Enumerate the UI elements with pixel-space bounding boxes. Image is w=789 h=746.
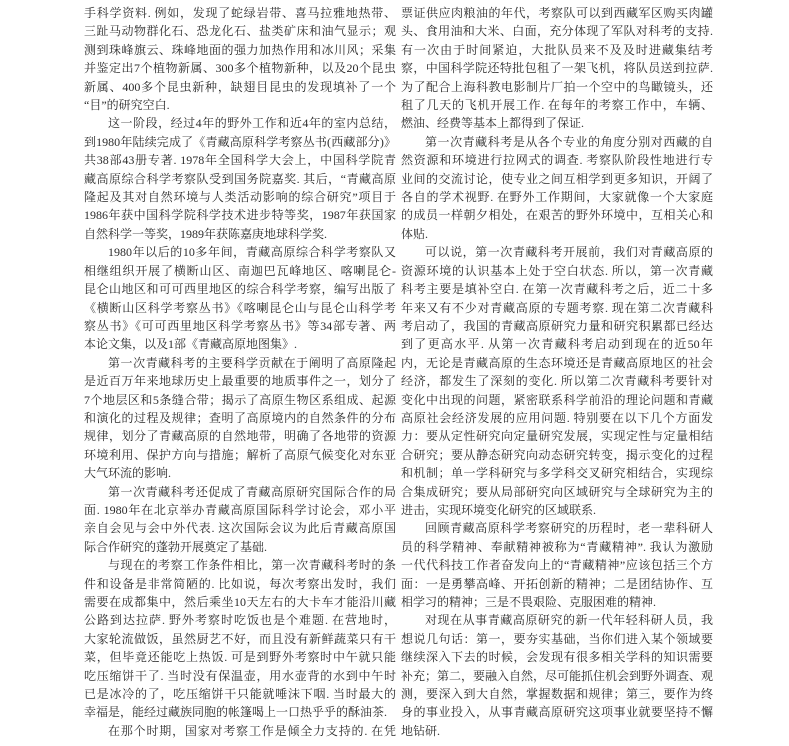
text-line: 租了几天的飞机开展工作. 在每年的考察工作中，车辆、 — [401, 96, 713, 114]
text-line: 件和设备是非常简陋的. 比如说，每次考察出发时，我们 — [84, 575, 396, 593]
text-line: 际合作研究的蓬勃开展奠定了基础. — [84, 538, 396, 556]
text-line: 测，要深入到大自然，掌握数据和规律；第三，要作为终 — [401, 685, 713, 703]
text-line: 的成员一样朝夕相处，在艰苦的野外环境中，互相关心和 — [401, 206, 713, 224]
text-line: 相继组织开展了横断山区、南迦巴瓦峰地区、喀喇昆仑- — [84, 262, 396, 280]
text-line: 面. 1980年在北京举办青藏高原国际科学讨论会，邓小平 — [84, 501, 396, 519]
text-line: 体贴. — [401, 225, 713, 243]
text-line: 高原社会经济发展的应用问题. 特别要在以下几个方面发 — [401, 409, 713, 427]
text-line: 菜，但毕竟还能吃上热饭. 可是到野外考察时中午就只能 — [84, 648, 396, 666]
text-line: 藏高原综合科学考察队受到国务院嘉奖. 其后，“青藏高原 — [84, 170, 396, 188]
text-line: 测到珠峰旗云、珠峰地面的强力加热作用和冰川风；采集 — [84, 41, 396, 59]
text-line: 并鉴定出7个植物新属、300多个植物新种，以及20个昆虫 — [84, 59, 396, 77]
text-line: 是近百万年来地球历史上最重要的地质事件之一，划分了 — [84, 372, 396, 390]
text-line: 1980年以后的10多年间，青藏高原综合科学考察队又 — [84, 243, 396, 261]
text-line: 隆起及其对自然环境与人类活动影响的综合研究”项目于 — [84, 188, 396, 206]
text-line: 业间的交流讨论，使专业之间互相学到更多知识，开阔了 — [401, 170, 713, 188]
text-line: 对现在从事青藏高原研究的新一代年轻科研人员，我 — [401, 611, 713, 629]
text-line: 经济，都发生了深刻的变化. 所以第二次青藏科考要针对 — [401, 372, 713, 390]
text-line: 《横断山区科学考察丛书》《喀喇昆仑山与昆仑山科学考 — [84, 299, 396, 317]
text-line: 第一次青藏科考是从各个专业的角度分别对西藏的自 — [401, 133, 713, 151]
text-line: 内，无论是青藏高原的生态环境还是青藏高原地区的社会 — [401, 354, 713, 372]
text-line: 考启动了，我国的青藏高原研究力量和研究积累都已经达 — [401, 317, 713, 335]
text-line: 自然科学一等奖，1989年获陈嘉庚地球科学奖. — [84, 225, 396, 243]
text-line: 吃压缩饼干了. 当时没有保温壶，用水壶背的水到中午时 — [84, 667, 396, 685]
text-line: 燃油、经费等基本上都得到了保证. — [401, 114, 713, 132]
text-line: 一代代科技工作者奋发向上的“青藏精神”应该包括三个方 — [401, 556, 713, 574]
text-line: 变化中出现的问题，紧密联系科学前沿的理论问题和青藏 — [401, 391, 713, 409]
document-page: 手科学资料. 例如，发现了蛇绿岩带、喜马拉雅地热带、三趾马动物群化石、恐龙化石、… — [0, 0, 789, 746]
text-line: 回顾青藏高原科学考察研究的历程时，老一辈科研人 — [401, 519, 713, 537]
text-line: 第一次青藏科考还促成了青藏高原研究国际合作的局 — [84, 483, 396, 501]
text-line: 7个地层区和5条缝合带；揭示了高原生物区系组成、起源 — [84, 391, 396, 409]
text-line: 察，中国科学院还特批包租了一架飞机，将队员送到拉萨. — [401, 59, 713, 77]
text-line: 亲自会见与会中外代表. 这次国际会议为此后青藏高原国 — [84, 519, 396, 537]
text-line: 到了更高水平. 从第一次青藏科考启动到现在的近50年 — [401, 335, 713, 353]
text-line: 有一次由于时间紧迫，大批队员来不及及时进藏集结考 — [401, 41, 713, 59]
text-line: 大气环流的影响. — [84, 464, 396, 482]
text-line: 和演化的过程及规律；查明了高原境内的自然条件的分布 — [84, 409, 396, 427]
text-line: 在那个时期，国家对考察工作是倾全力支持的. 在凭 — [84, 722, 396, 740]
text-line: 然资源和环境进行拉网式的调查. 考察队阶段性地进行专 — [401, 151, 713, 169]
text-line: 进击，实现环境变化研究的区域联系. — [401, 501, 713, 519]
text-line: 各自的学术视野. 在野外工作期间，大家就像一个大家庭 — [401, 188, 713, 206]
text-line: 大家轮流做饭，虽然厨艺不好，而且没有新鲜蔬菜只有干 — [84, 630, 396, 648]
text-column-left: 手科学资料. 例如，发现了蛇绿岩带、喜马拉雅地热带、三趾马动物群化石、恐龙化石、… — [84, 4, 396, 740]
text-line: 到1980年陆续完成了《青藏高原科学考察丛书(西藏部分)》 — [84, 133, 396, 151]
text-line: 员的科学精神、奉献精神被称为“青藏精神”. 我认为激励 — [401, 538, 713, 556]
text-line: 力：要从定性研究向定量研究发展，实现定性与定量相结 — [401, 427, 713, 445]
text-line: 资源环境的认识基本上处于空白状态. 所以，第一次青藏 — [401, 262, 713, 280]
text-line: 幸福是，能经过藏族同胞的帐篷喝上一口热乎乎的酥油茶. — [84, 703, 396, 721]
text-line: 合集成研究；要从局部研究向区域研究与全球研究为主的 — [401, 483, 713, 501]
text-line: 继续深入下去的时候，会发现有很多相关学科的知识需要 — [401, 648, 713, 666]
text-line: 和机制；单一学科研究与多学科交叉研究相结合，实现综 — [401, 464, 713, 482]
text-line: 第一次青藏科考的主要科学贡献在于阐明了高原隆起 — [84, 354, 396, 372]
text-line: 规律，划分了青藏高原的自然地带，明确了各地带的资源 — [84, 427, 396, 445]
text-line: “目”的研究空白. — [84, 96, 396, 114]
text-line: 昆仑山地区和可可西里地区的综合科学考察，编写出版了 — [84, 280, 396, 298]
text-line: 身的事业投入，从事青藏高原研究这项事业就要坚持不懈 — [401, 703, 713, 721]
text-line: 为了配合上海科教电影制片厂拍一个空中的鸟瞰镜头，还 — [401, 78, 713, 96]
text-line: 可以说，第一次青藏科考开展前，我们对青藏高原的 — [401, 243, 713, 261]
text-line: 环境利用、保护方向与措施；解析了高原气候变化对东亚 — [84, 446, 396, 464]
text-line: 需要在成都集中，然后乘坐10天左右的大卡车才能沿川藏 — [84, 593, 396, 611]
text-line: 已是冰冷的了，吃压缩饼干只能就唾沫下咽. 当时最大的 — [84, 685, 396, 703]
text-line: 相学习的精神；三是不畏艰险、克服困难的精神. — [401, 593, 713, 611]
text-column-right: 票证供应肉粮油的年代，考察队可以到西藏军区购买肉罐头、食用油和大米、白面，充分体… — [401, 4, 713, 740]
text-line: 想说几句话：第一，要夯实基础，当你们进入某个领域要 — [401, 630, 713, 648]
text-line: 公路到达拉萨. 野外考察时吃饭也是个难题. 在营地时， — [84, 611, 396, 629]
text-line: 合研究；要从静态研究向动态研究转变，揭示变化的过程 — [401, 446, 713, 464]
text-line: 年来又有不少对青藏高原的专题考察. 现在第二次青藏科 — [401, 299, 713, 317]
text-line: 三趾马动物群化石、恐龙化石、盐类矿床和油气显示；观 — [84, 22, 396, 40]
text-line: 这一阶段，经过4年的野外工作和近4年的室内总结， — [84, 114, 396, 132]
text-line: 票证供应肉粮油的年代，考察队可以到西藏军区购买肉罐 — [401, 4, 713, 22]
text-line: 手科学资料. 例如，发现了蛇绿岩带、喜马拉雅地热带、 — [84, 4, 396, 22]
text-line: 察丛书》《可可西里地区科学考察丛书》等34部专著、两 — [84, 317, 396, 335]
text-line: 本论文集，以及1部《青藏高原地图集》. — [84, 335, 396, 353]
text-line: 地钻研. — [401, 722, 713, 740]
text-line: 补充；第二，要融入自然，尽可能抓住机会到野外调查、观 — [401, 667, 713, 685]
text-line: 新属、400多个昆虫新种，缺翅目昆虫的发现填补了一个 — [84, 78, 396, 96]
text-line: 1986年获中国科学院科学技术进步特等奖，1987年获国家 — [84, 206, 396, 224]
text-line: 科考主要是填补空白. 在第一次青藏科考之后，近二十多 — [401, 280, 713, 298]
text-line: 面：一是勇攀高峰、开拓创新的精神；二是团结协作、互 — [401, 575, 713, 593]
text-line: 头、食用油和大米、白面，充分体现了军队对科考的支持. — [401, 22, 713, 40]
text-line: 共38部43册专著. 1978年全国科学大会上，中国科学院青 — [84, 151, 396, 169]
text-line: 与现在的考察工作条件相比，第一次青藏科考时的条 — [84, 556, 396, 574]
